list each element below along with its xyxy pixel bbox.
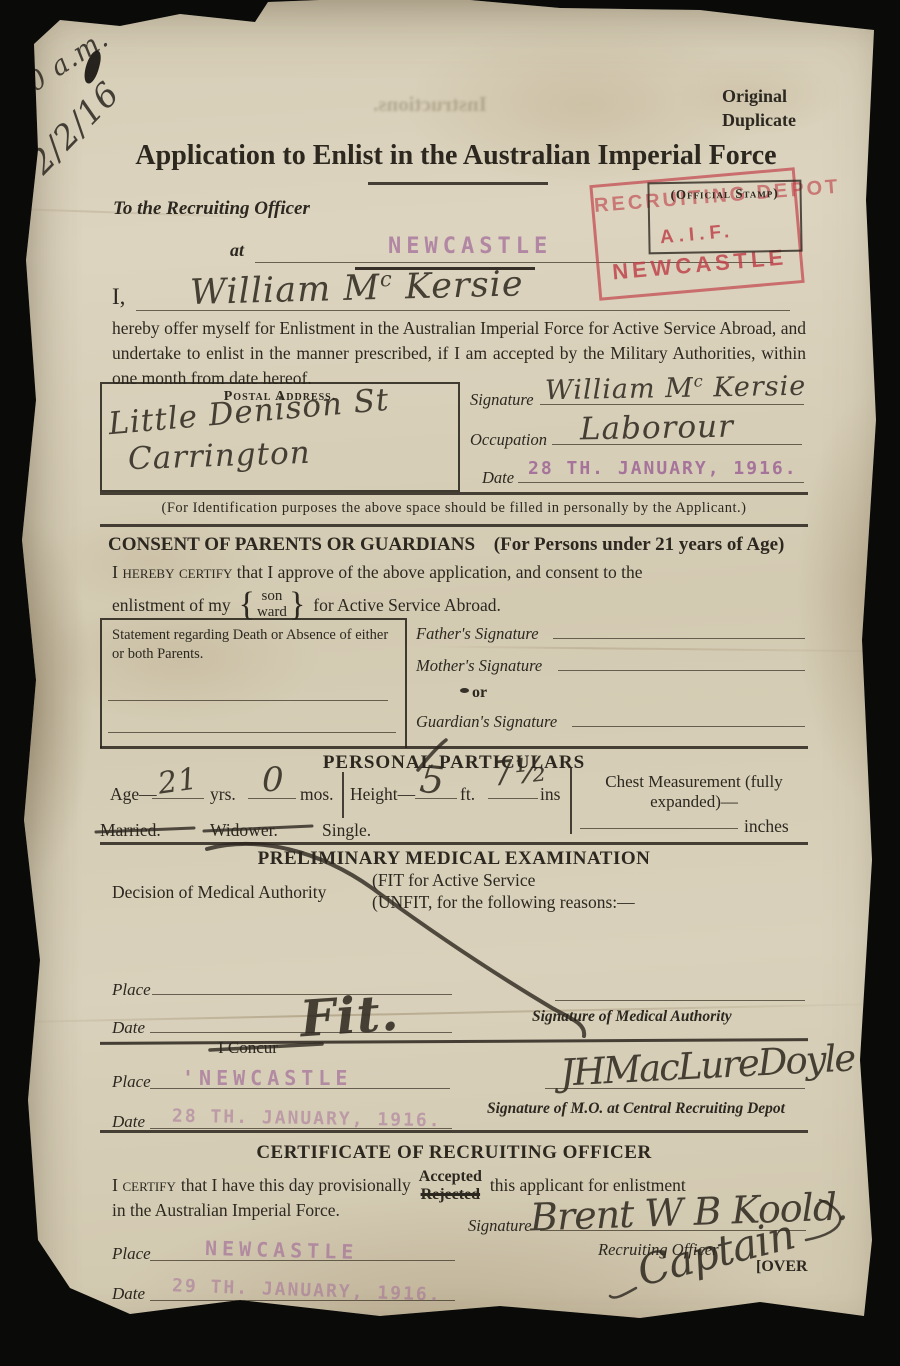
- blank-line: [108, 732, 396, 733]
- chest-measurement-label: Chest Measurement (fully expanded)—: [582, 772, 806, 813]
- form-title: Application to Enlist in the Australian …: [100, 140, 812, 172]
- i-concur-label: I Concur: [218, 1038, 278, 1058]
- mo-place-stamp: 'NEWCASTLE: [182, 1066, 352, 1090]
- consent-body-line1: I hereby certify that I approve of the a…: [112, 562, 643, 583]
- section-rule: [100, 524, 808, 527]
- or-label: or: [472, 684, 487, 702]
- address-line2: Carrington: [127, 435, 311, 477]
- blank-line: [108, 700, 388, 701]
- identification-note: (For Identification purposes the above s…: [100, 500, 808, 517]
- son-ward-options: son ward: [257, 589, 287, 621]
- i-label: I,: [112, 284, 125, 310]
- fit-note-handwritten: Fit.: [298, 983, 401, 1049]
- occupation-handwritten: Laborour: [580, 409, 734, 448]
- column-divider: [342, 772, 344, 818]
- personal-particulars-heading: PERSONAL PARTICULARS: [100, 752, 808, 774]
- mos-label: mos.: [300, 784, 334, 805]
- occupation-label: Occupation: [470, 430, 547, 450]
- rejected-option-struck: Rejected: [419, 1186, 482, 1204]
- at-label: at: [230, 240, 244, 261]
- officer-signature-label: Signature: [468, 1216, 532, 1236]
- applicant-name-handwritten: William Mc Kersie: [190, 264, 525, 313]
- age-label: Age—: [110, 784, 157, 805]
- salutation: To the Recruiting Officer: [113, 198, 310, 220]
- parents-statement-box: Statement regarding Death or Absence of …: [100, 618, 407, 748]
- marital-single: Single.: [322, 820, 371, 841]
- father-signature-label: Father's Signature: [416, 624, 539, 644]
- inches-label: inches: [744, 816, 789, 837]
- at-place-stamp: NEWCASTLE: [388, 234, 552, 259]
- father-signature-line: [553, 618, 805, 639]
- height-feet-handwritten: 5: [418, 757, 448, 803]
- fit-option: (FIT for Active Service: [372, 870, 535, 891]
- column-divider: [570, 768, 572, 834]
- medical-heading: PRELIMINARY MEDICAL EXAMINATION: [100, 848, 808, 870]
- decision-label: Decision of Medical Authority: [112, 882, 326, 903]
- signature-handwritten: William Mc Kersie: [545, 370, 807, 407]
- guardian-signature-line: [572, 706, 805, 727]
- mother-signature-label: Mother's Signature: [416, 656, 542, 676]
- section-rule: [100, 746, 808, 749]
- copy-label-duplicate: Duplicate: [722, 110, 796, 131]
- accepted-rejected-options: Accepted Rejected: [419, 1168, 482, 1204]
- mo-place-label: Place: [112, 1072, 151, 1092]
- signature-label: Signature: [470, 390, 534, 410]
- date-stamp: 28 TH. JANUARY, 1916.: [528, 458, 798, 479]
- consent-qualifier: (For Persons under 21 years of Age): [494, 534, 785, 555]
- mo-signature-line: [545, 1082, 805, 1089]
- mo-date-label: Date: [112, 1112, 145, 1132]
- certificate-date-label: Date: [112, 1284, 145, 1304]
- official-stamp-box: (Official Stamp): [647, 180, 802, 255]
- marital-widower: Widower.: [210, 820, 278, 841]
- certificate-place-stamp: NEWCASTLE: [205, 1236, 359, 1264]
- bleed-through-text: Instructions.: [300, 92, 560, 117]
- mo-signature-label: Signature of M.O. at Central Recruiting …: [487, 1100, 785, 1118]
- over-label: [OVER: [756, 1258, 808, 1276]
- ins-label: ins: [540, 784, 560, 805]
- medical-date-label: Date: [112, 1018, 145, 1038]
- certificate-body-line2: in the Australian Imperial Force.: [112, 1200, 340, 1221]
- ink-blot: [460, 688, 469, 693]
- title-underline: [368, 182, 548, 185]
- medical-place-label: Place: [112, 980, 151, 1000]
- marital-married: Married.: [100, 820, 161, 841]
- certificate-heading: CERTIFICATE OF RECRUITING OFFICER: [100, 1142, 808, 1164]
- chest-line: [580, 818, 738, 829]
- section-rule: [100, 492, 808, 495]
- consent-heading: CONSENT OF PARENTS OR GUARDIANS (For Per…: [108, 534, 784, 556]
- paper-sheet: Instructions. 10 a.m. 2/2/16 Original Du…: [0, 0, 900, 1366]
- official-stamp-label: (Official Stamp): [649, 185, 799, 204]
- date-label: Date: [482, 468, 514, 488]
- ft-label: ft.: [460, 784, 475, 805]
- yrs-label: yrs.: [210, 784, 236, 805]
- section-rule: [100, 1130, 808, 1133]
- unfit-option: (UNFIT, for the following reasons:—: [372, 892, 635, 913]
- accepted-option: Accepted: [419, 1168, 482, 1186]
- medical-signature-line: [555, 996, 805, 1001]
- scanned-enlistment-form: Instructions. 10 a.m. 2/2/16 Original Du…: [0, 0, 900, 1366]
- copy-label-original: Original: [722, 86, 787, 107]
- parents-statement-label: Statement regarding Death or Absence of …: [112, 626, 397, 664]
- height-label: Height—: [350, 784, 415, 805]
- section-rule: [100, 842, 808, 845]
- age-months-handwritten: 0: [262, 760, 285, 800]
- medical-signature-label: Signature of Medical Authority: [532, 1008, 732, 1026]
- age-years-handwritten: 21: [156, 761, 201, 801]
- certificate-place-label: Place: [112, 1244, 151, 1264]
- guardian-signature-label: Guardian's Signature: [416, 712, 557, 732]
- mother-signature-line: [558, 650, 805, 671]
